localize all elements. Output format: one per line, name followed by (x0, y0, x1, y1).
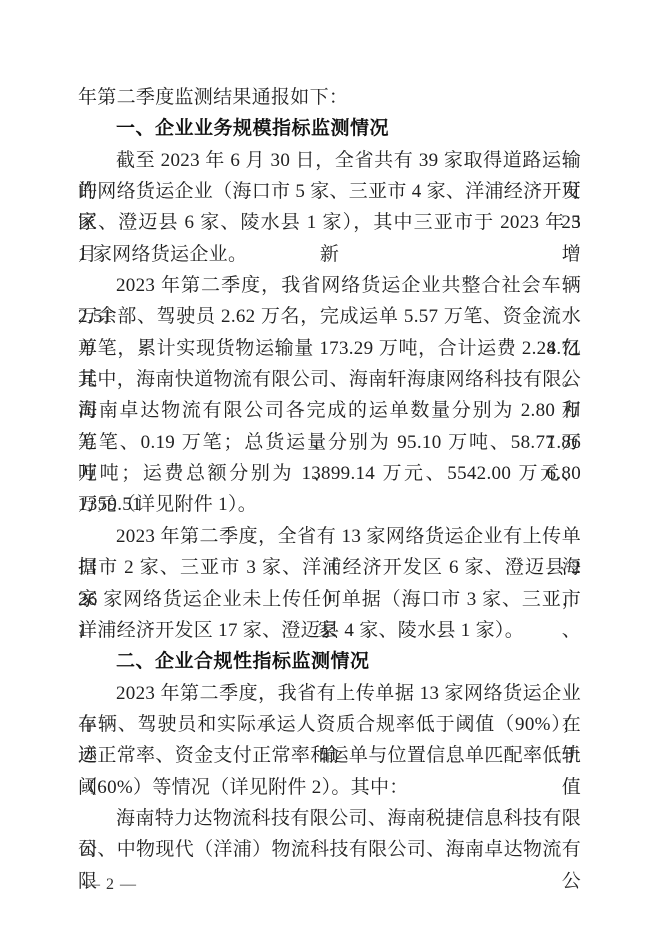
text-line: 家、澄迈县 6 家、陵水县 1 家），其中三亚市于 2023 年 5 月新增 (78, 207, 581, 238)
text-line: 万余部、驾驶员 2.62 万名，完成运单 5.57 万笔、资金流水单 4.71 (78, 301, 581, 332)
document-page: 年第二季度监测结果通报如下：一、企业业务规模指标监测情况截至 2023 年 6 … (0, 0, 669, 946)
text-line: 的网络货运企业（海口市 5 家、三亚市 4 家、洋浦经济开发区 23 (78, 176, 581, 207)
text-line: 万吨；运费总额分别为 13899.14 万元、5542.00 万元、1359.5… (78, 458, 581, 489)
text-line: 2023 年第二季度，我省有上传单据 13 家网络货运企业存在 (78, 678, 581, 709)
text-line: 洋浦经济开发区 17 家、澄迈县 4 家、陵水县 1 家）。 (78, 615, 581, 646)
text-line: 2023 年第二季度，我省网络货运企业共整合社会车辆 2.51 (78, 270, 581, 301)
text-line: 截至 2023 年 6 月 30 日，全省共有 39 家取得道路运输许可 (78, 145, 581, 176)
text-line: 万笔，累计实现货物运输量 173.29 万吨，合计运费 2.28 亿元。 (78, 333, 581, 364)
text-line: 迹正常率、资金支付正常率和运单与位置信息单匹配率低于阈值 (78, 740, 581, 771)
text-line: 26 家网络货运企业未上传任何单据（海口市 3 家、三亚市 1 家、 (78, 584, 581, 615)
text-line: 万笔、0.19 万笔；总货运量分别为 95.10 万吨、58.77 万吨、6.8… (78, 427, 581, 458)
text-line: 万元（详见附件 1）。 (78, 489, 581, 520)
document-body: 年第二季度监测结果通报如下：一、企业业务规模指标监测情况截至 2023 年 6 … (78, 82, 581, 866)
page-number: — 2 — (84, 876, 137, 894)
text-line: 其中，海南快道物流有限公司、海南轩海康网络科技有限公司和 (78, 364, 581, 395)
section-heading: 二、企业合规性指标监测情况 (78, 646, 581, 677)
text-line: 口市 2 家、三亚市 3 家、洋浦经济开发区 6 家、澄迈县 2 家）， (78, 552, 581, 583)
text-line: 海南特力达物流科技有限公司、海南税捷信息科技有限公 (78, 803, 581, 834)
text-line: 司、中物现代（洋浦）物流科技有限公司、海南卓达物流有限公 (78, 834, 581, 865)
text-line: 年第二季度监测结果通报如下： (78, 82, 581, 113)
text-line: 车辆、驾驶员和实际承运人资质合规率低于阈值（90%）；运输轨 (78, 709, 581, 740)
section-heading: 一、企业业务规模指标监测情况 (78, 113, 581, 144)
text-line: 海南卓达物流有限公司各完成的运单数量分别为 2.80 万笔、1.86 (78, 395, 581, 426)
text-line: 2023 年第二季度，全省有 13 家网络货运企业有上传单据（海 (78, 521, 581, 552)
